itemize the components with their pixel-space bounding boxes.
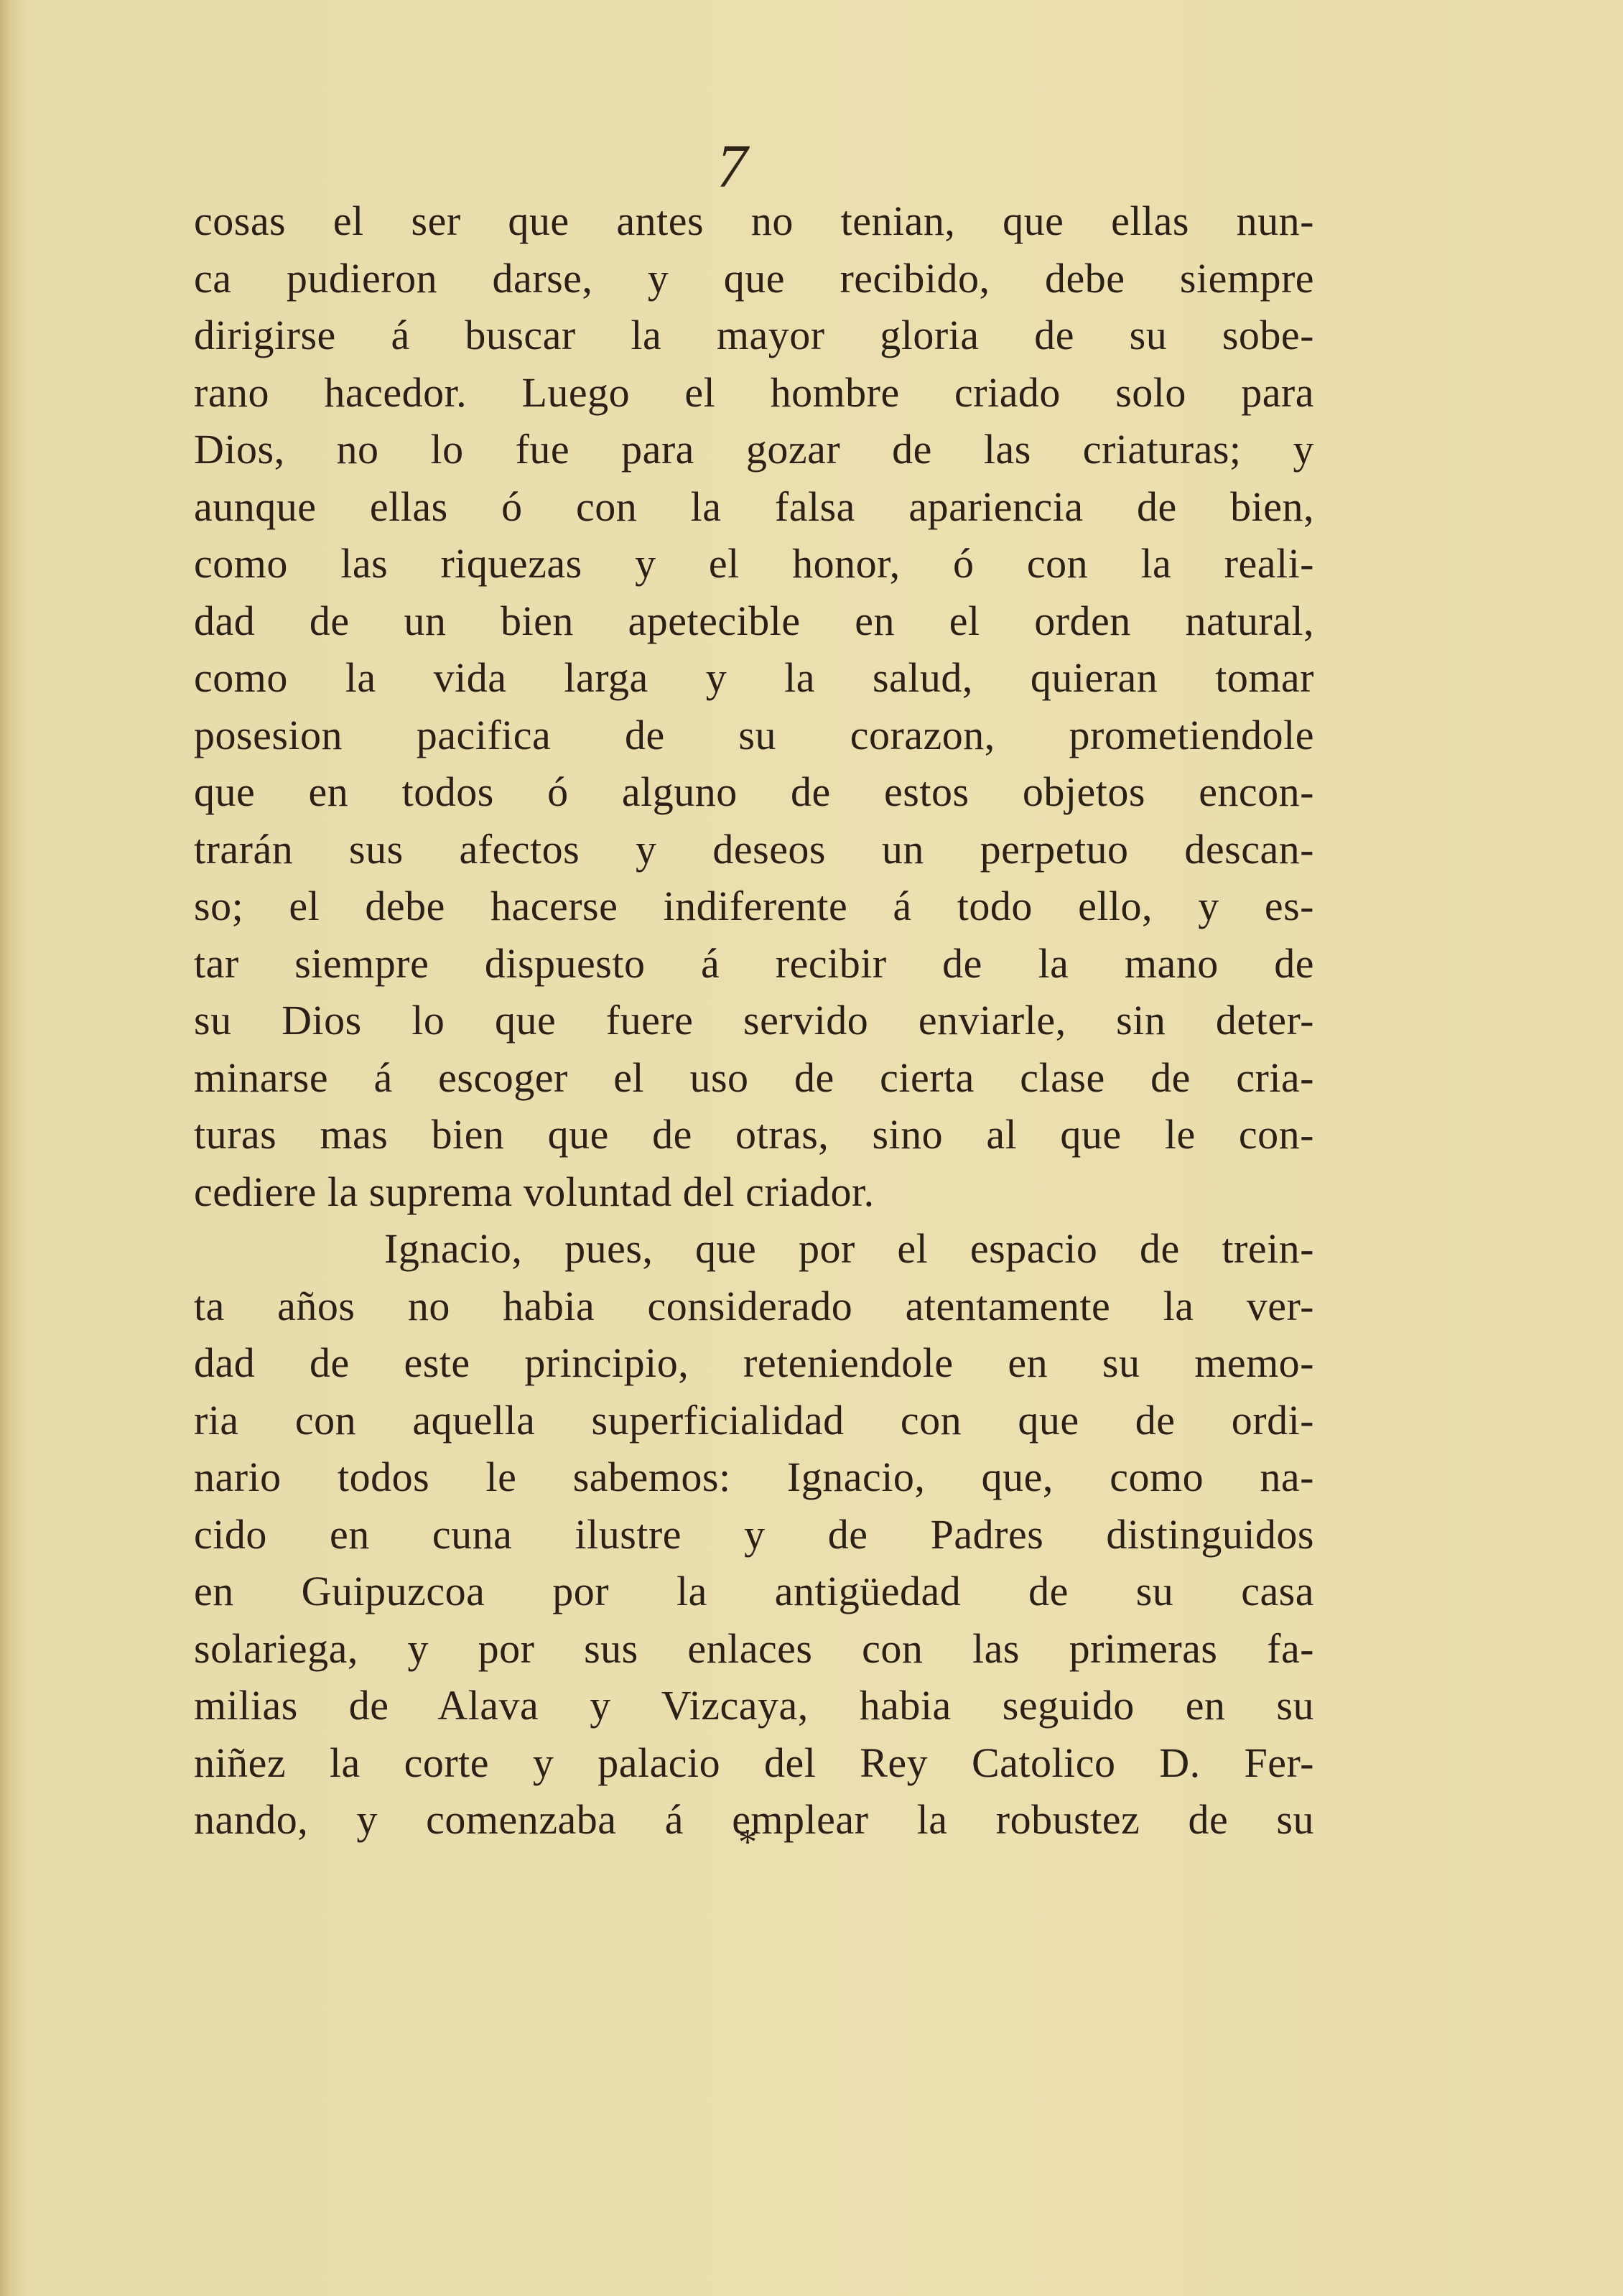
signature-mark: * [738, 1824, 757, 1862]
text-line: que en todos ó alguno de estos objetos e… [194, 763, 1314, 821]
text-line: dirigirse á buscar la mayor gloria de su… [194, 307, 1314, 364]
text-line: trarán sus afectos y deseos un perpetuo … [194, 821, 1314, 878]
text-line: posesion pacifica de su corazon, prometi… [194, 707, 1314, 764]
text-line: dad de un bien apetecible en el orden na… [194, 592, 1314, 650]
text-line: su Dios lo que fuere servido enviarle, s… [194, 992, 1314, 1049]
text-line: niñez la corte y palacio del Rey Catolic… [194, 1734, 1314, 1792]
text-line: cosas el ser que antes no tenian, que el… [194, 192, 1314, 250]
body-text: cosas el ser que antes no tenian, que el… [194, 192, 1314, 1849]
paragraph-end-line: cediere la suprema voluntad del criador. [194, 1163, 1314, 1221]
text-line: cido en cuna ilustre y de Padres disting… [194, 1506, 1314, 1563]
text-line: ta años no habia considerado atentamente… [194, 1278, 1314, 1335]
text-line: aunque ellas ó con la falsa apariencia d… [194, 478, 1314, 536]
text-line: ca pudieron darse, y que recibido, debe … [194, 250, 1314, 307]
text-line: en Guipuzcoa por la antigüedad de su cas… [194, 1563, 1314, 1620]
text-line: so; el debe hacerse indiferente á todo e… [194, 878, 1314, 935]
page-number: 7 [717, 135, 748, 197]
text-line: turas mas bien que de otras, sino al que… [194, 1106, 1314, 1163]
text-line: nario todos le sabemos: Ignacio, que, co… [194, 1449, 1314, 1506]
book-page: 7 cosas el ser que antes no tenian, que … [0, 0, 1623, 2296]
paragraph-start-line: Ignacio, pues, que por el espacio de tre… [194, 1220, 1314, 1278]
text-line: como la vida larga y la salud, quieran t… [194, 649, 1314, 707]
text-line: dad de este principio, reteniendole en s… [194, 1334, 1314, 1392]
text-line: Dios, no lo fue para gozar de las criatu… [194, 421, 1314, 478]
text-line: como las riquezas y el honor, ó con la r… [194, 535, 1314, 592]
text-line: solariega, y por sus enlaces con las pri… [194, 1620, 1314, 1678]
text-line: minarse á escoger el uso de cierta clase… [194, 1049, 1314, 1107]
text-line: rano hacedor. Luego el hombre criado sol… [194, 364, 1314, 422]
text-line: milias de Alava y Vizcaya, habia seguido… [194, 1677, 1314, 1734]
text-line: tar siempre dispuesto á recibir de la ma… [194, 935, 1314, 993]
text-line: ria con aquella superficialidad con que … [194, 1392, 1314, 1449]
